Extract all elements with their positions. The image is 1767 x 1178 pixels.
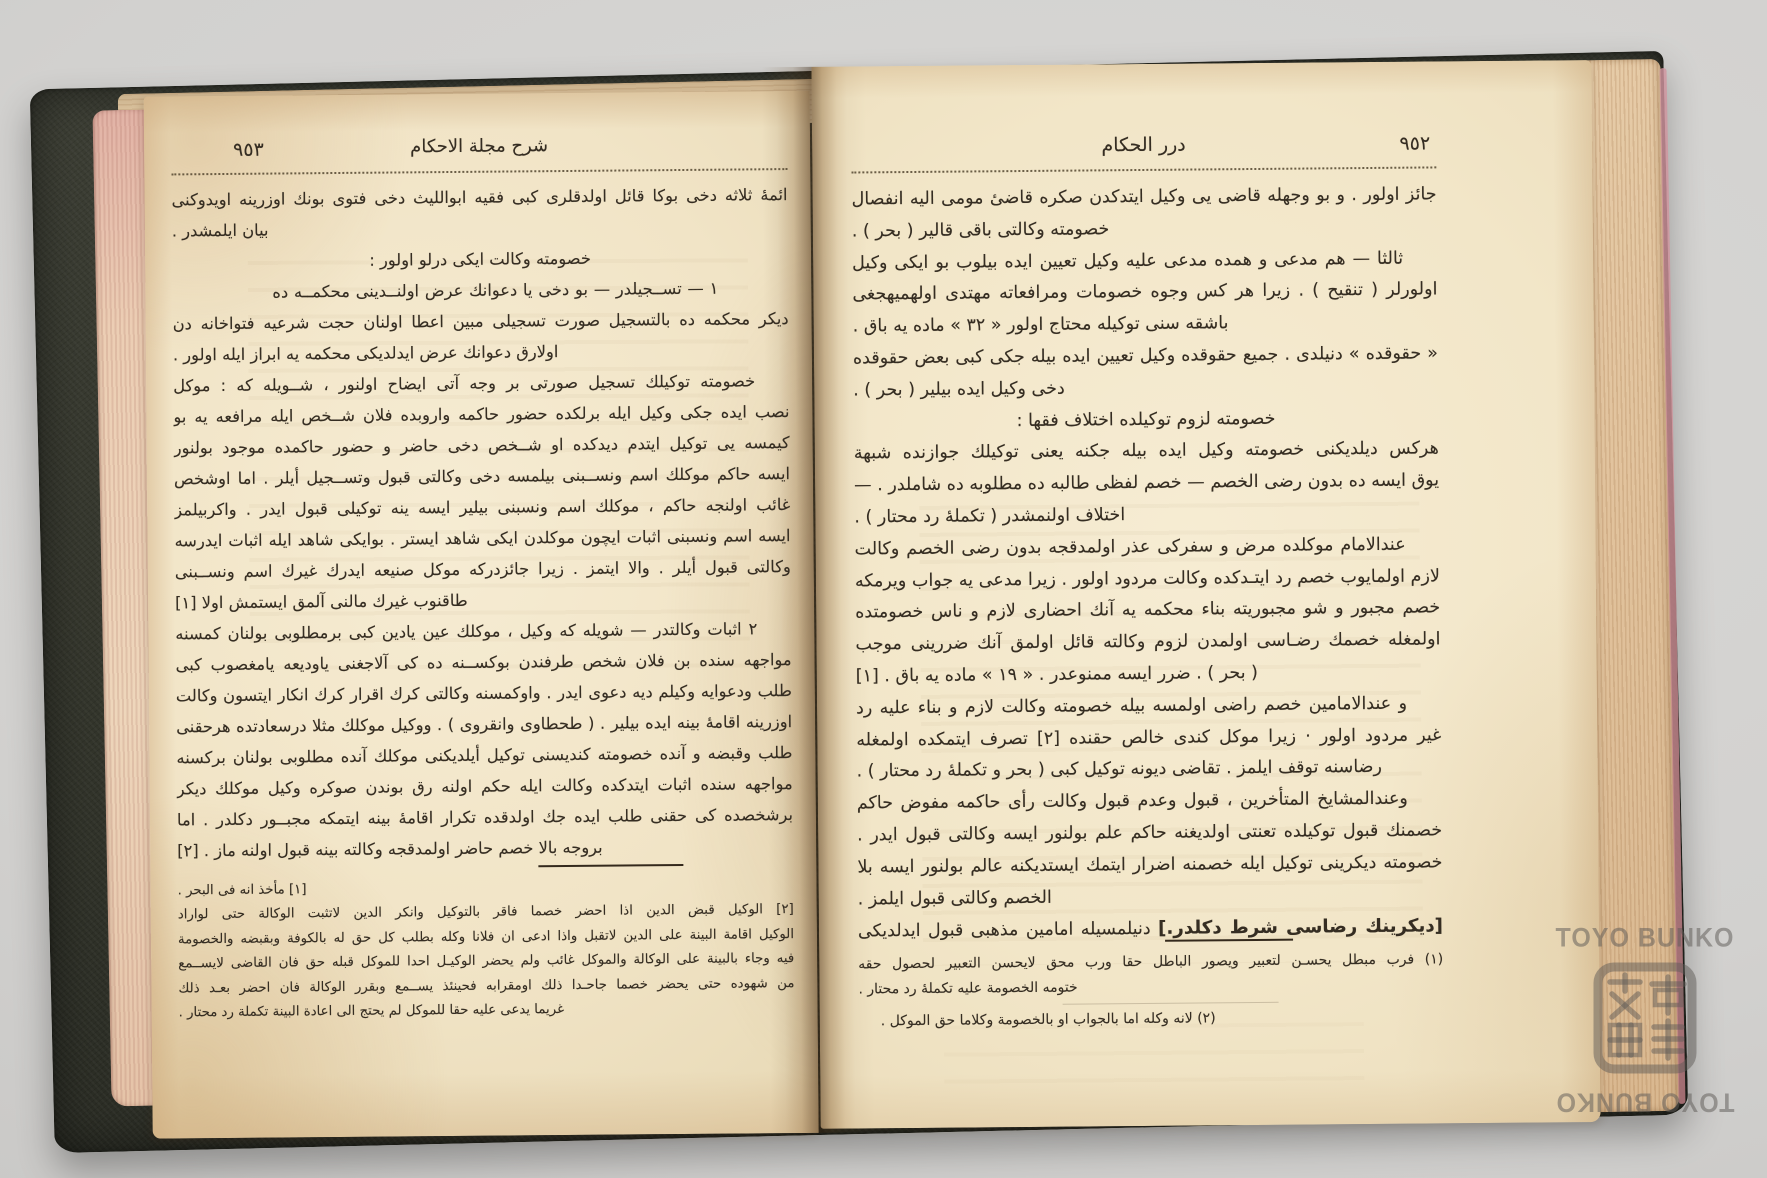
book-photograph: درر الحكام ٩٥٢ جائز اولور . و بو وجهله ق…	[0, 0, 1767, 1178]
text-line: بروجه بالا خصم حاضر اولمدقجه وكالته بينه…	[177, 830, 793, 866]
footnote-line: (١) فرب مبطل يحسـن لتعبير ويصور الباطل ح…	[858, 947, 1443, 977]
text-line: ثالثا — هم مدعى و همده مدعى عليه وكيل تع…	[852, 243, 1437, 280]
text-line: دخى وكيل ايده بيلير ( بحر ) .	[853, 370, 1438, 407]
left-page-body: ائمهٔ ثلاثه دخى بوكا قائل اولدقلرى كبى ف…	[171, 179, 793, 866]
text-line: باشقه سنى توكيله محتاج اولور « ٣٢ » ماده…	[853, 307, 1438, 344]
right-page-number: ٩٥٢	[1399, 132, 1430, 154]
text-line: برشخصده كى حقنى طلب ايده جك اولدقده تكرا…	[177, 799, 793, 835]
text-line: ديكر محكمه ده بالتسجيل صورت تسجيلى مبين …	[173, 303, 789, 339]
open-book: درر الحكام ٩٥٢ جائز اولور . و بو وجهله ق…	[40, 26, 1716, 1156]
right-page-text-column: درر الحكام ٩٥٢ جائز اولور . و بو وجهله ق…	[851, 127, 1444, 1034]
text-line: « حقوقده » دنيلدى . جميع حقوقده وكيل تعي…	[853, 338, 1438, 375]
right-running-title: درر الحكام	[851, 131, 1436, 158]
text-line: خصمنك قبول توكيلده تعنتى اولديغنه حاكم ع…	[857, 815, 1442, 852]
left-footnote-separator	[538, 864, 683, 867]
text-line: ( بحر ) . ضرر ايسه ممنوعدر . « ١٩ » ماده…	[856, 656, 1441, 693]
text-line: خصومته ديكرينى توكيل ايله خصمنه اضرار اي…	[857, 847, 1442, 884]
text-line: خصم مجبور و شو مجبوريته بناء محكمه يه آن…	[855, 593, 1440, 630]
left-page-footnotes: [١] مأخذ انه فى البحر . [٢] الوكيل قبض ا…	[177, 874, 794, 1026]
text-line: ائمهٔ ثلاثه دخى بوكا قائل اولدقلرى كبى ف…	[171, 179, 787, 215]
left-page-header: شرح مجلة الاحكام ٩٥٣	[171, 129, 787, 170]
page-spread: درر الحكام ٩٥٢ جائز اولور . و بو وجهله ق…	[35, 19, 1721, 1164]
text-line: اولورلر ( تنقيح ) . زيرا هر كس وجوه خصوم…	[852, 275, 1437, 312]
text-line: يوق ايسه ده بدون رضى الخصم — خصم لفظى طا…	[854, 466, 1439, 503]
right-page-footnotes: (١) فرب مبطل يحسـن لتعبير ويصور الباطل ح…	[858, 947, 1444, 1034]
footnote-line: (٢) لانه وكله اما بالجواب او بالخصومة وك…	[859, 1004, 1444, 1034]
text-line: [ديكرينك رضاسى شرط دكلدر.] دنيلمسيله اما…	[858, 911, 1443, 948]
text-line: خصومته وكالتى باقى قالير ( بحر ) .	[852, 211, 1437, 248]
text-line: جائز اولور . و بو وجهله قاضى يى وكيل ايت…	[851, 179, 1436, 216]
text-line: وعندالمشايخ المتأخرين ، قبول وعدم قبول و…	[857, 784, 1442, 821]
text-line: الخصم وكالتى قبول ايلمز .	[858, 879, 1443, 916]
footnote-line: ختومه الخصومة عليه تكملهٔ رد محتار .	[858, 972, 1443, 1002]
text-line: وكالتى قبول أيلر . والا ايتمز . زيرا جائ…	[175, 551, 791, 587]
text-line: و عندالامامين خصم راضى اولمسه بيله خصومت…	[856, 688, 1441, 725]
right-page-body: جائز اولور . و بو وجهله قاضى يى وكيل ايت…	[851, 179, 1443, 947]
footnote-divider	[1063, 1002, 1279, 1005]
bold-phrase: [ديكرينك رضاسى شرط دكلدر.]	[1158, 916, 1443, 939]
text-line: لازم اولمايوب خصم رد ايتـدكده وكالت مردو…	[855, 561, 1440, 598]
text-line: خصومته لزوم توكيلده اختلاف فقها :	[853, 402, 1438, 439]
left-page-text-column: شرح مجلة الاحكام ٩٥٣ ائمهٔ ثلاثه دخى بوك…	[171, 129, 795, 1026]
right-page-header: درر الحكام ٩٥٢	[851, 127, 1436, 168]
text-line: اختلاف اولنمشدر ( تكملهٔ رد محتار ) .	[854, 497, 1439, 534]
text-line: رضاسنه توقف ايلمز . تقاضى ديونه توكيل كب…	[856, 752, 1441, 789]
text-line: عندالامام موكلده مرض و سفركى عذر اولمدقج…	[855, 529, 1440, 566]
text-line: اولمغله خصمك رضـاسى اولمدن لزوم وكالته ق…	[855, 625, 1440, 662]
text-line: هركس ديلديكنى خصومته وكيل ايده بيله جكنه…	[854, 434, 1439, 471]
text-line: غير مردود اولور · زيرا موكل كندى خالص حق…	[856, 720, 1441, 757]
left-page-number: ٩٥٣	[233, 139, 264, 161]
